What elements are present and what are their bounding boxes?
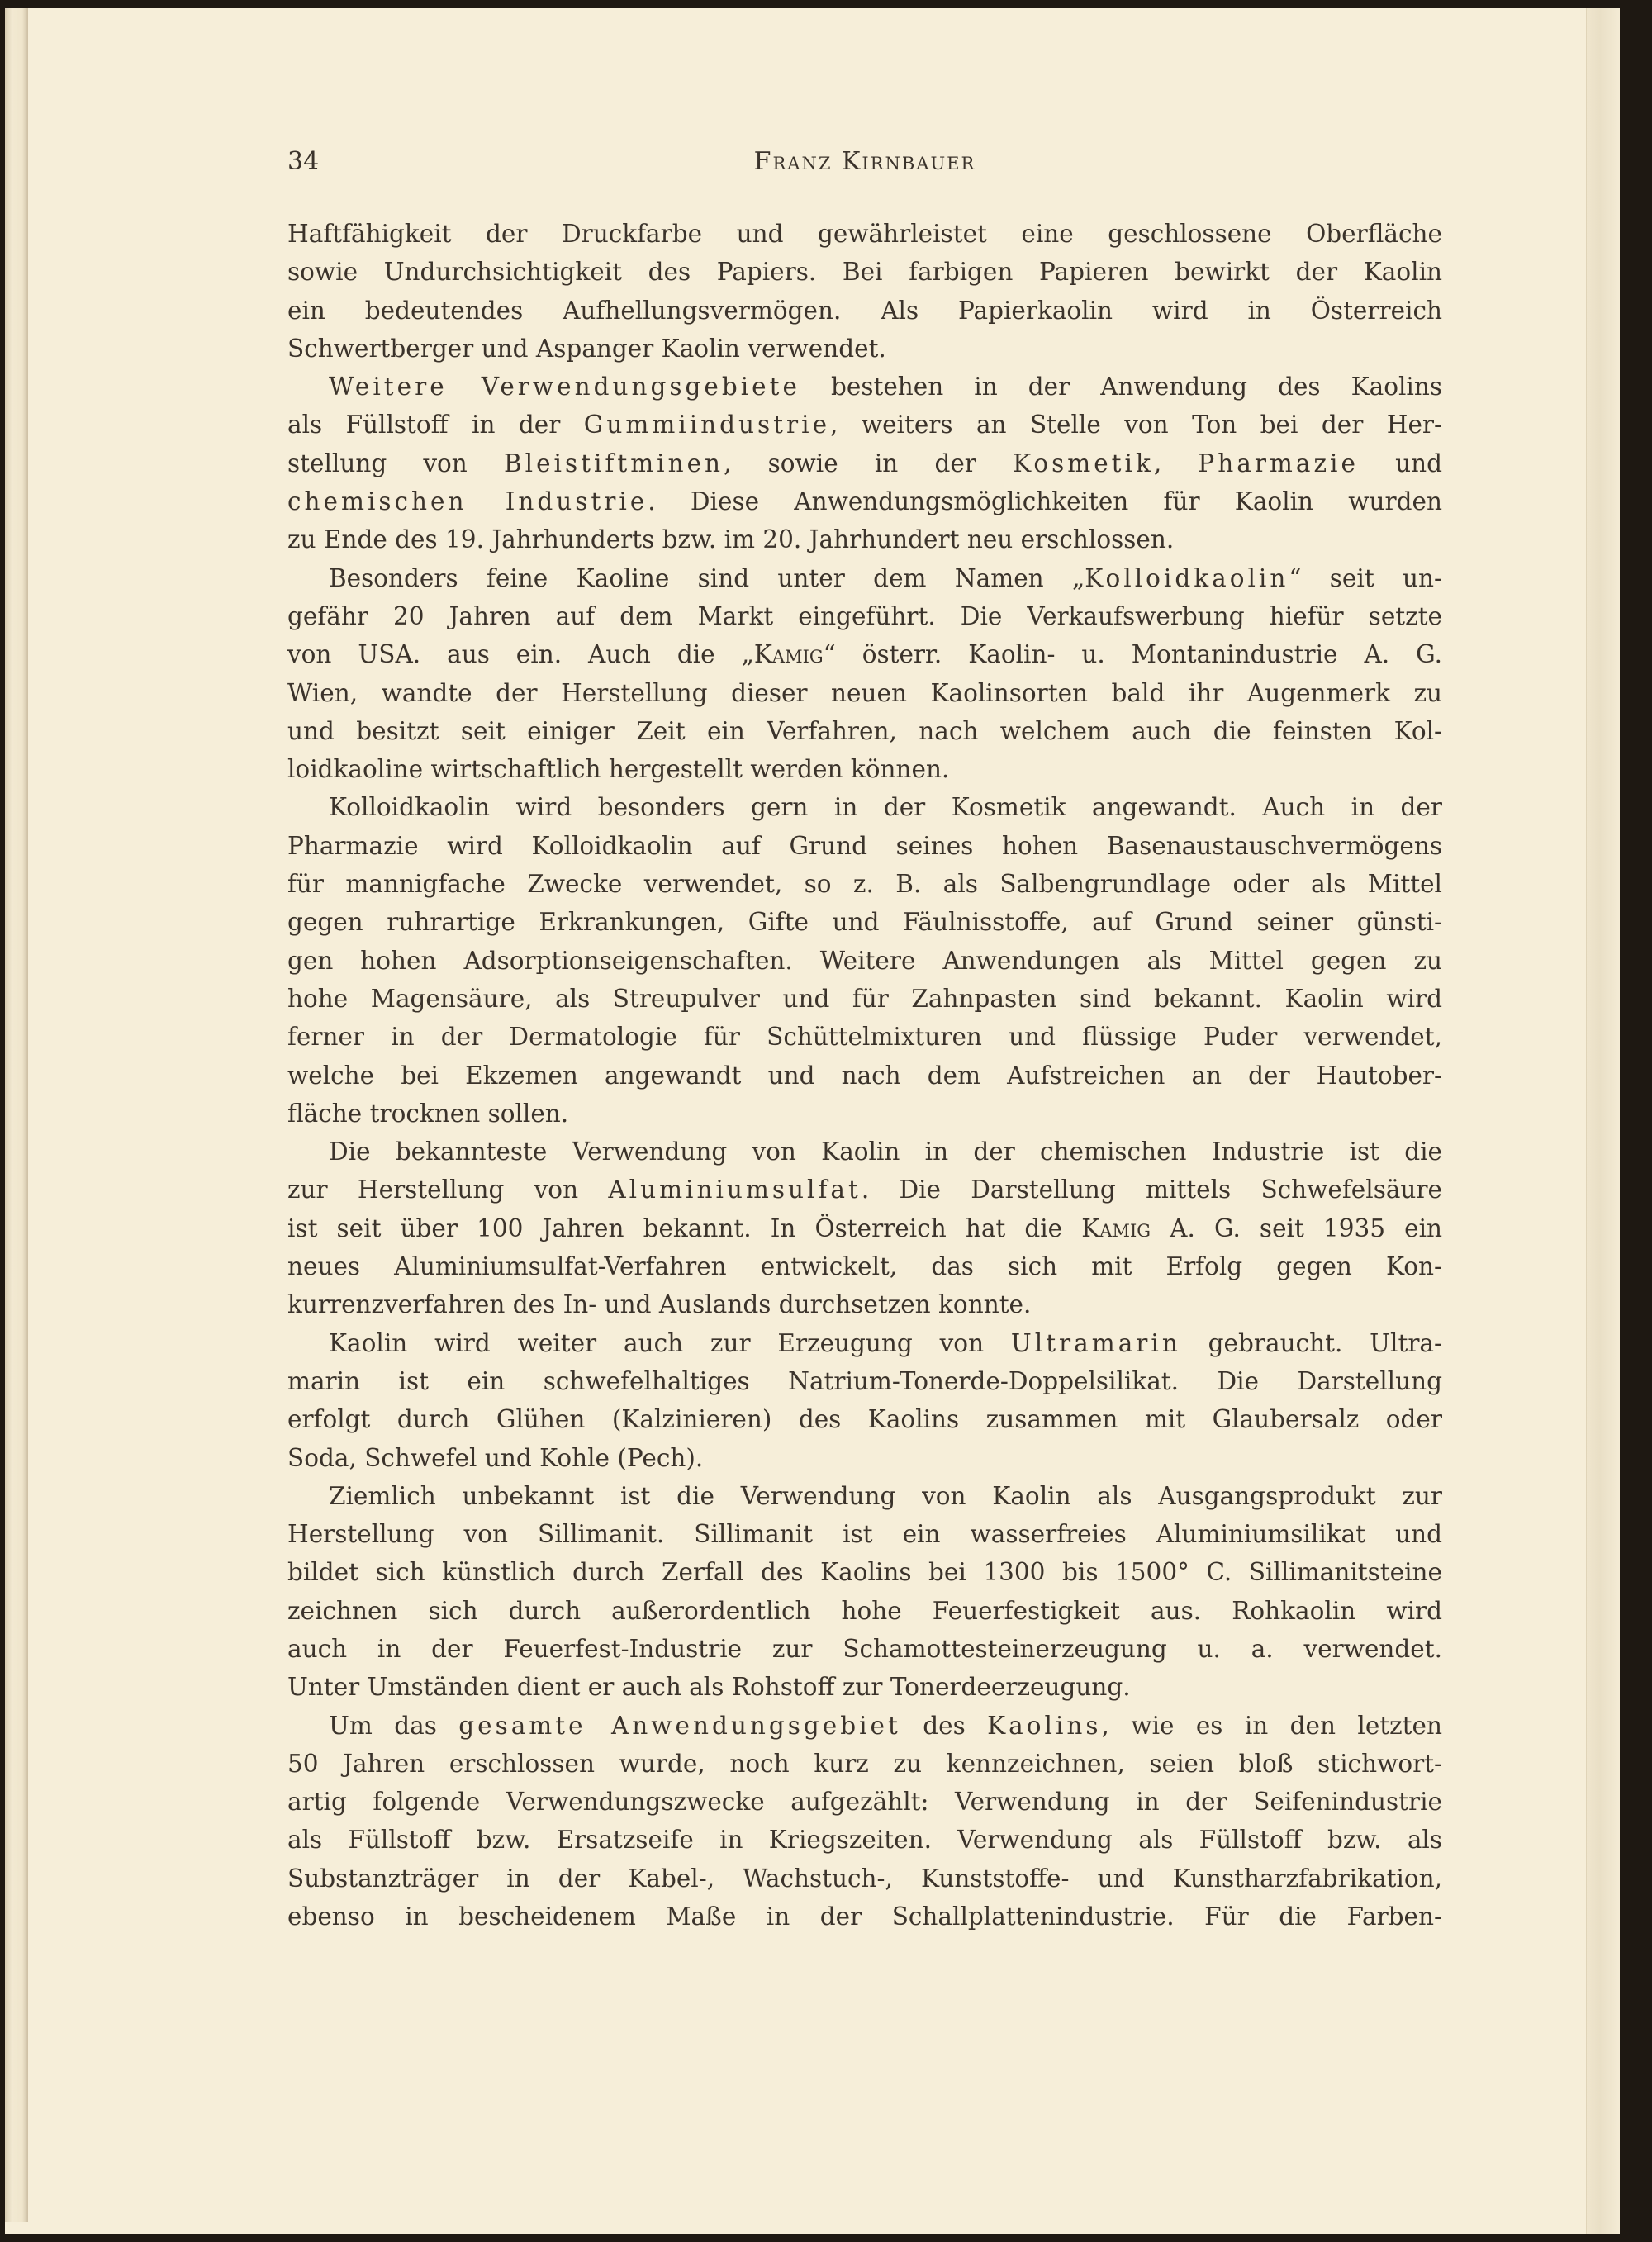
text-run: Soda, Schwefel und Kohle (Pech). [287, 1444, 703, 1472]
text-run: loidkaoline wirtschaftlich hergestellt w… [287, 755, 949, 783]
text-run: ist seit über 100 Jahren bekannt. In Öst… [287, 1214, 1081, 1242]
paragraph: Kaolin wird weiter auch zur Erzeugung vo… [287, 1324, 1442, 1477]
text-run: zeichnen sich durch außerordentlich hohe… [287, 1597, 1442, 1625]
text-line: Substanzträger in der Kabel-, Wachstuch-… [287, 1860, 1442, 1898]
text-run: neues Aluminiumsulfat-Verfahren entwicke… [287, 1252, 1442, 1280]
emphasized-term: Weitere Verwendungsgebiete [329, 373, 800, 401]
text-line: und besitzt seit einiger Zeit ein Verfah… [287, 712, 1442, 750]
text-line: hohe Magensäure, als Streupulver und für… [287, 980, 1442, 1018]
text-line: bildet sich künstlich durch Zerfall des … [287, 1553, 1442, 1591]
text-line: artig folgende Verwendungszwecke aufgezä… [287, 1783, 1442, 1821]
text-run: Ziemlich unbekannt ist die Verwendung vo… [329, 1482, 1442, 1510]
running-head-author: Franz Kirnbauer [287, 147, 1442, 176]
emphasized-term: Kosmetik [1013, 449, 1154, 477]
text-line: Herstellung von Sillimanit. Sillimanit i… [287, 1515, 1442, 1553]
text-run: hohe Magensäure, als Streupulver und für… [287, 985, 1442, 1013]
text-line: ferner in der Dermatologie für Schüttelm… [287, 1018, 1442, 1056]
page-header: 34 Franz Kirnbauer [287, 147, 1442, 188]
text-run: Pharmazie wird Kolloidkaolin auf Grund s… [287, 832, 1442, 860]
text-run: Unter Umständen dient er auch als Rohsto… [287, 1673, 1131, 1701]
text-run: . Diese Anwendungsmöglichkeiten für Kaol… [648, 487, 1442, 515]
text-run: Die bekannteste Verwendung von Kaolin in… [329, 1138, 1442, 1166]
text-line: zu Ende des 19. Jahrhunderts bzw. im 20.… [287, 520, 1442, 558]
text-run: sowie Undurchsichtigkeit des Papiers. Be… [287, 258, 1442, 286]
text-line: als Füllstoff bzw. Ersatzseife in Kriegs… [287, 1821, 1442, 1859]
emphasized-term: Gummiindustrie [584, 411, 830, 439]
text-run: kurrenzverfahren des In- und Auslands du… [287, 1290, 1031, 1318]
text-run: für mannigfache Zwecke verwendet, so z. … [287, 870, 1442, 898]
text-run: 50 Jahren erschlossen wurde, noch kurz z… [287, 1750, 1442, 1778]
text-run: , [1154, 449, 1199, 477]
text-line: Haftfähigkeit der Druckfarbe und gewährl… [287, 215, 1442, 253]
text-line: gen hohen Adsorptionseigenschaften. Weit… [287, 942, 1442, 980]
text-run: Schwertberger und Aspanger Kaolin verwen… [287, 335, 886, 363]
text-run: Substanzträger in der Kabel-, Wachstuch-… [287, 1864, 1442, 1893]
text-run: Besonders feine Kaoline sind unter dem N… [329, 564, 1085, 592]
paragraph: Weitere Verwendungsgebiete bestehen in d… [287, 368, 1442, 558]
text-run: Herstellung von Sillimanit. Sillimanit i… [287, 1520, 1442, 1548]
text-run: von USA. aus ein. Auch die „ [287, 640, 754, 668]
paragraph: Ziemlich unbekannt ist die Verwendung vo… [287, 1477, 1442, 1707]
text-line: für mannigfache Zwecke verwendet, so z. … [287, 865, 1442, 903]
text-line: ist seit über 100 Jahren bekannt. In Öst… [287, 1209, 1442, 1247]
emphasized-term: chemischen Industrie [287, 487, 648, 515]
page-content: 34 Franz Kirnbauer Haftfähigkeit der Dru… [287, 147, 1442, 1936]
text-run: und besitzt seit einiger Zeit ein Verfah… [287, 717, 1442, 745]
emphasized-term: Kolloidkaolin [1085, 564, 1289, 592]
text-line: Pharmazie wird Kolloidkaolin auf Grund s… [287, 827, 1442, 865]
text-run: , wie es in den letzten [1102, 1712, 1442, 1740]
text-run: bildet sich künstlich durch Zerfall des … [287, 1558, 1442, 1586]
paragraph: Besonders feine Kaoline sind unter dem N… [287, 559, 1442, 789]
text-run: “ österr. Kaolin- u. Montanindustrie A. … [824, 640, 1442, 668]
body-text: Haftfähigkeit der Druckfarbe und gewährl… [287, 215, 1442, 1936]
text-line: welche bei Ekzemen angewandt und nach de… [287, 1057, 1442, 1095]
text-run: und [1359, 449, 1442, 477]
text-line: kurrenzverfahren des In- und Auslands du… [287, 1285, 1442, 1323]
text-line: Soda, Schwefel und Kohle (Pech). [287, 1439, 1442, 1477]
text-run: Kolloidkaolin wird besonders gern in der… [329, 793, 1442, 821]
page-gutter-edge [5, 8, 28, 2222]
text-run: Um das [329, 1712, 458, 1740]
text-run: erfolgt durch Glühen (Kalzinieren) des K… [287, 1405, 1442, 1433]
text-run: Haftfähigkeit der Druckfarbe und gewährl… [287, 220, 1442, 248]
emphasized-term: Bleistiftminen [504, 449, 724, 477]
text-run: als Füllstoff bzw. Ersatzseife in Kriegs… [287, 1826, 1442, 1854]
text-run: des [901, 1712, 987, 1740]
emphasized-term: Kaolins [987, 1712, 1101, 1740]
text-run: bestehen in der Anwendung des Kaolins [800, 373, 1442, 401]
paragraph: Die bekannteste Verwendung von Kaolin in… [287, 1133, 1442, 1323]
text-run: Wien, wandte der Herstellung dieser neue… [287, 679, 1442, 707]
text-run: gefähr 20 Jahren auf dem Markt eingeführ… [287, 602, 1442, 630]
text-line: Um das gesamte Anwendungsgebiet des Kaol… [287, 1707, 1442, 1745]
text-line: erfolgt durch Glühen (Kalzinieren) des K… [287, 1400, 1442, 1438]
text-run: A. G. seit 1935 ein [1151, 1214, 1442, 1242]
text-line: Die bekannteste Verwendung von Kaolin in… [287, 1133, 1442, 1171]
text-run: Kaolin wird weiter auch zur Erzeugung vo… [329, 1329, 1011, 1357]
text-line: zeichnen sich durch außerordentlich hohe… [287, 1592, 1442, 1630]
emphasized-term: Ultramarin [1011, 1329, 1181, 1357]
paragraph: Um das gesamte Anwendungsgebiet des Kaol… [287, 1707, 1442, 1936]
text-line: von USA. aus ein. Auch die „Kamig“ öster… [287, 635, 1442, 673]
text-run: zu Ende des 19. Jahrhunderts bzw. im 20.… [287, 525, 1174, 553]
text-line: gefähr 20 Jahren auf dem Markt eingeführ… [287, 597, 1442, 635]
text-line: ebenso in bescheidenem Maße in der Schal… [287, 1898, 1442, 1936]
text-line: als Füllstoff in der Gummiindustrie, wei… [287, 406, 1442, 444]
text-run: fläche trocknen sollen. [287, 1100, 568, 1128]
text-line: auch in der Feuerfest-Industrie zur Scha… [287, 1630, 1442, 1668]
page-fore-edge [1586, 8, 1620, 2234]
text-line: zur Herstellung von Aluminiumsulfat. Die… [287, 1171, 1442, 1209]
text-run: marin ist ein schwefelhaltiges Natrium-T… [287, 1367, 1442, 1395]
text-line: neues Aluminiumsulfat-Verfahren entwicke… [287, 1247, 1442, 1285]
text-run: als Füllstoff in der [287, 411, 584, 439]
paragraph: Haftfähigkeit der Druckfarbe und gewährl… [287, 215, 1442, 368]
text-line: ein bedeutendes Aufhellungsvermögen. Als… [287, 292, 1442, 330]
text-run: stellung von [287, 449, 504, 477]
text-run: gebraucht. Ultra- [1181, 1329, 1442, 1357]
text-line: fläche trocknen sollen. [287, 1095, 1442, 1133]
text-line: Unter Umständen dient er auch als Rohsto… [287, 1668, 1442, 1706]
text-run: ferner in der Dermatologie für Schüttelm… [287, 1023, 1442, 1051]
small-caps-name: Kamig [1081, 1214, 1151, 1242]
text-run: auch in der Feuerfest-Industrie zur Scha… [287, 1635, 1442, 1663]
paragraph: Kolloidkaolin wird besonders gern in der… [287, 788, 1442, 1133]
small-caps-name: Kamig [754, 640, 824, 668]
text-run: ein bedeutendes Aufhellungsvermögen. Als… [287, 297, 1442, 325]
text-line: gegen ruhrartige Erkrankungen, Gifte und… [287, 903, 1442, 941]
text-line: marin ist ein schwefelhaltiges Natrium-T… [287, 1362, 1442, 1400]
text-line: Besonders feine Kaoline sind unter dem N… [287, 559, 1442, 597]
text-run: ebenso in bescheidenem Maße in der Schal… [287, 1902, 1442, 1931]
text-line: Kaolin wird weiter auch zur Erzeugung vo… [287, 1324, 1442, 1362]
text-run: welche bei Ekzemen angewandt und nach de… [287, 1062, 1442, 1090]
text-line: Schwertberger und Aspanger Kaolin verwen… [287, 330, 1442, 368]
emphasized-term: Pharmazie [1198, 449, 1359, 477]
text-line: Ziemlich unbekannt ist die Verwendung vo… [287, 1477, 1442, 1515]
text-run: artig folgende Verwendungszwecke aufgezä… [287, 1788, 1442, 1816]
text-line: Kolloidkaolin wird besonders gern in der… [287, 788, 1442, 826]
text-run: zur Herstellung von [287, 1176, 608, 1204]
text-line: 50 Jahren erschlossen wurde, noch kurz z… [287, 1745, 1442, 1783]
text-line: stellung von Bleistiftminen, sowie in de… [287, 444, 1442, 482]
text-run: gegen ruhrartige Erkrankungen, Gifte und… [287, 908, 1442, 936]
text-run: “ seit un- [1289, 564, 1442, 592]
text-line: chemischen Industrie. Diese Anwendungsmö… [287, 482, 1442, 520]
text-run: , weiters an Stelle von Ton bei der Her- [830, 411, 1442, 439]
text-run: , sowie in der [724, 449, 1013, 477]
text-line: Wien, wandte der Herstellung dieser neue… [287, 674, 1442, 712]
text-line: sowie Undurchsichtigkeit des Papiers. Be… [287, 253, 1442, 291]
text-line: Weitere Verwendungsgebiete bestehen in d… [287, 368, 1442, 406]
emphasized-term: Aluminiumsulfat [608, 1176, 862, 1204]
emphasized-term: gesamte Anwendungsgebiet [458, 1712, 901, 1740]
text-run: gen hohen Adsorptionseigenschaften. Weit… [287, 947, 1442, 975]
text-run: . Die Darstellung mittels Schwefelsäure [862, 1176, 1442, 1204]
text-line: loidkaoline wirtschaftlich hergestellt w… [287, 750, 1442, 788]
